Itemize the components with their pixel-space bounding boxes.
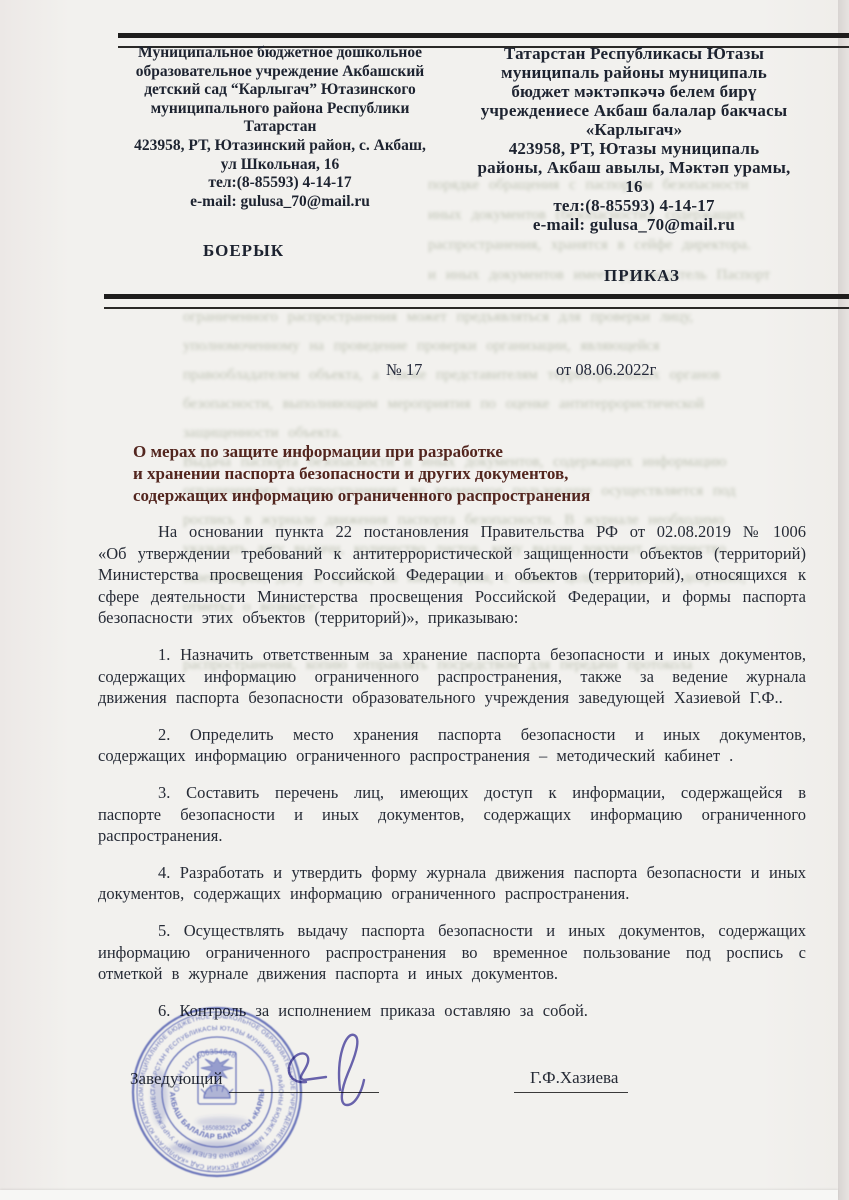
order-date: от 08.06.2022г [556,360,656,380]
order-body: На основании пункта 22 постановления Пра… [98,521,806,1036]
doc-type-boeryk: БОЕРЫК [203,241,284,261]
falcon-icon [201,1058,233,1084]
order-paragraph-2: 2. Определить место хранения паспорта бе… [98,724,806,767]
scanned-order-document: { "letterhead": { "left_block": "Муницип… [0,0,849,1200]
order-paragraph-3: 3. Составить перечень лиц, имеющих досту… [98,782,806,847]
letterhead-russian-block: Муниципальное бюджетное дошкольное образ… [112,44,448,211]
order-paragraph-preamble: На основании пункта 22 постановления Пра… [98,521,806,629]
order-paragraph-5: 5. Осуществлять выдачу паспорта безопасн… [98,920,806,985]
letterhead-separator-rule [104,294,849,309]
signature-scribble [276,1020,386,1110]
stamp-emblem [198,1052,236,1104]
order-paragraph-4: 4. Разработать и утвердить форму журнала… [98,862,806,905]
order-number: № 17 [386,360,422,380]
order-paragraph-1: 1. Назначить ответственным за хранение п… [98,644,806,709]
order-title: О мерах по защите информации при разрабо… [133,441,753,507]
signature-name: Г.Ф.Хазиева [514,1068,628,1093]
page-right-edge [838,0,849,1200]
doc-type-prikaz: ПРИКАЗ [604,266,680,286]
page-bottom-edge [0,1190,838,1200]
letterhead-tatar-block: Татарстан Республикасы Ютазы муниципаль … [430,44,838,234]
